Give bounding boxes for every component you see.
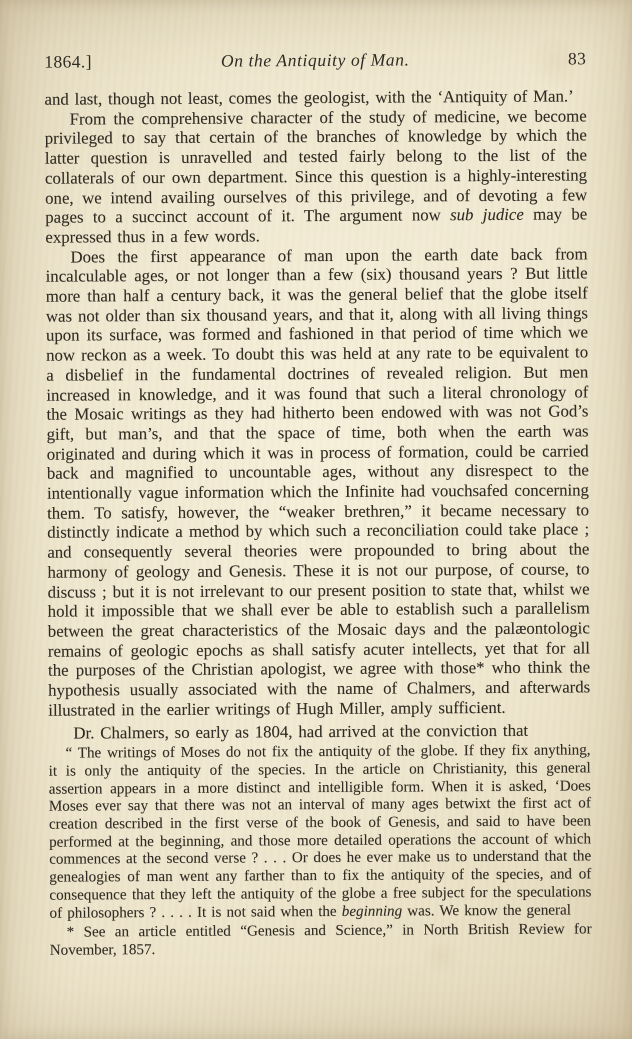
paragraph-chalmers-intro: Dr. Chalmers, so early as 1804, had arri… [48,720,590,743]
header-running-title: On the Antiquity of Man. [221,49,410,71]
page-content: 1864.] On the Antiquity of Man. 83 and l… [44,48,592,960]
block-quote-chalmers: “ The writings of Moses do not fix the a… [48,743,591,923]
header-page-number: 83 [516,48,586,69]
header-year: 1864.] [44,51,114,72]
footnote: * See an article entitled “Genesis and S… [50,922,592,961]
running-head: 1864.] On the Antiquity of Man. 83 [44,48,586,72]
scanned-book-page: 1864.] On the Antiquity of Man. 83 and l… [0,0,632,1039]
paragraph-antiquity-question: Does the first appearance of man upon th… [45,244,590,720]
paragraph-medicine-study: From the comprehensive character of the … [45,106,588,247]
